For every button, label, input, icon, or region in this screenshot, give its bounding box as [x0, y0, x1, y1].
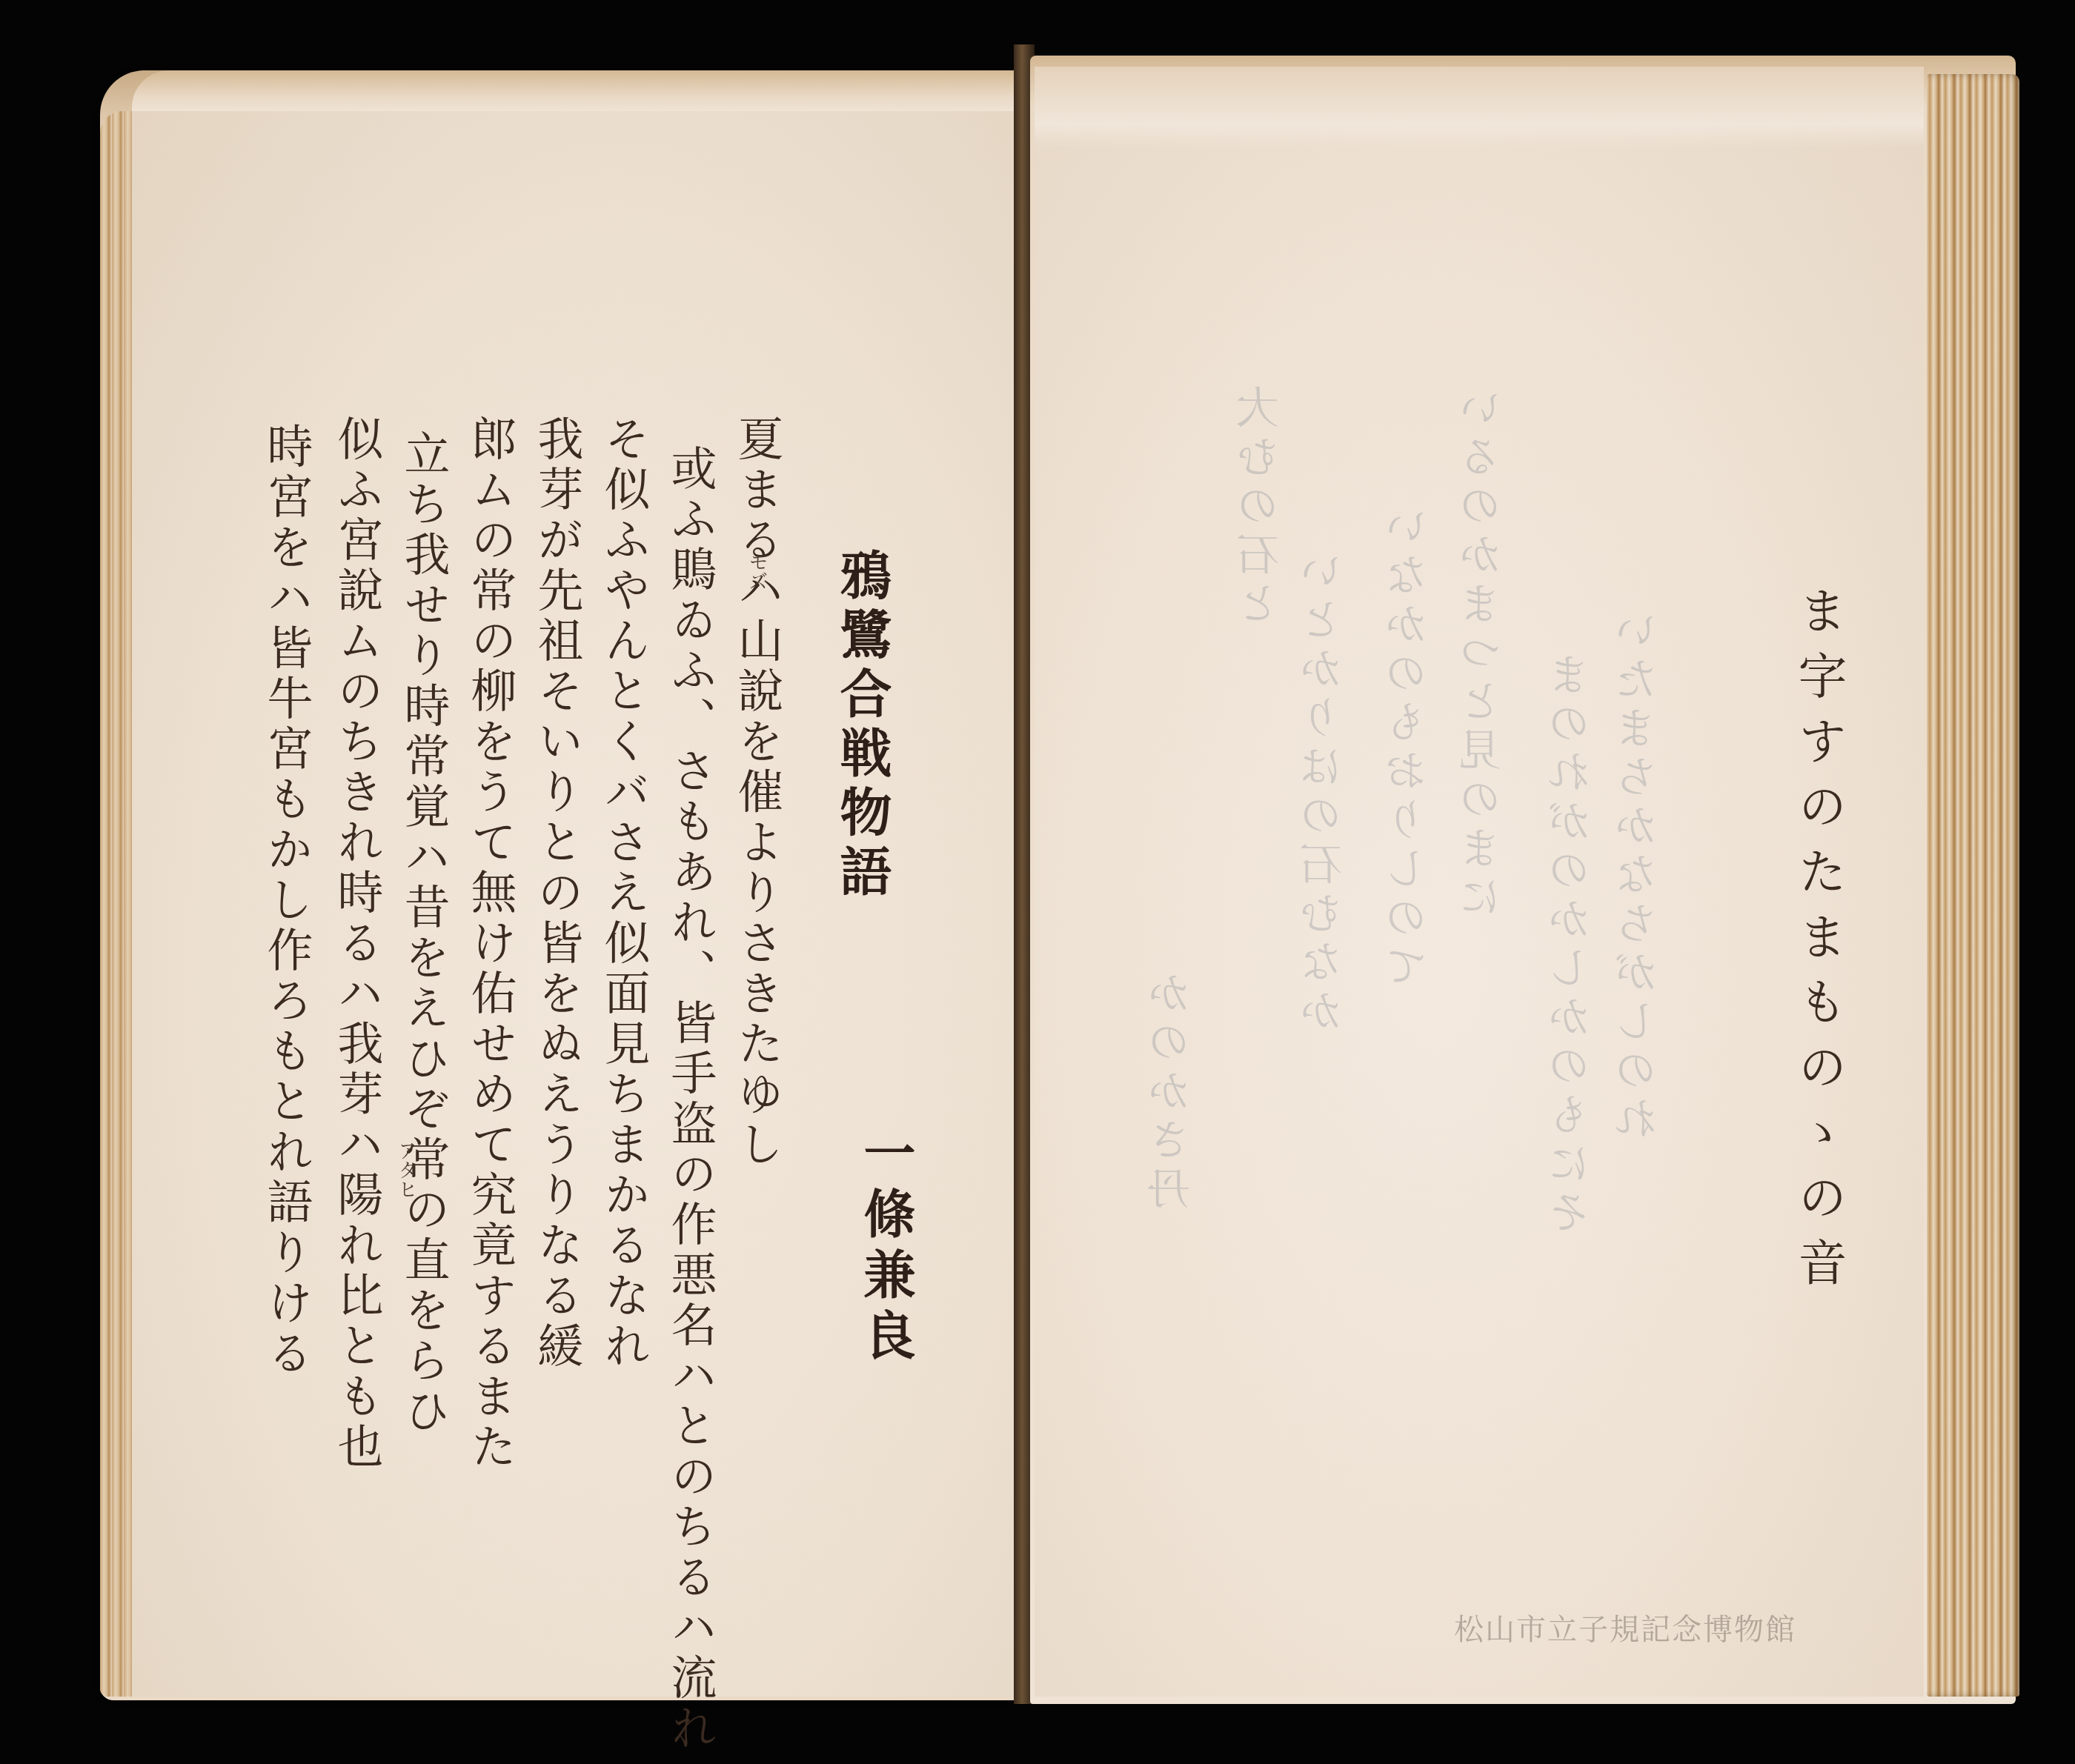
right-page-edges	[1927, 74, 2019, 1697]
manuscript-title: 鴉鷺合戦物語	[836, 548, 888, 904]
left-page-top-edge	[132, 70, 1017, 111]
right-page-ink-column: ま字すのたまものゝの音	[1793, 585, 1842, 1302]
showthrough-column-2: まのれがのかしかのもにそ	[1541, 652, 1604, 1239]
furigana-mozu: モズ	[743, 552, 771, 590]
manuscript-author: 一條兼良	[860, 1126, 912, 1369]
text-column-4: 我芽が先祖そいりとの皆をぬえうりなる緩	[534, 415, 580, 1372]
text-column-8: 時宮をハ皆牛宮もかし作ろもとれ語りける	[263, 422, 309, 1379]
text-column-6: 立ち我せり時常覚ハ昔をえひぞ常の直をらひ	[400, 430, 446, 1437]
text-column-1: 夏まるハ山說を催よりさきたゆし	[734, 415, 780, 1171]
showthrough-column-5: いとかりはの石むなか	[1293, 548, 1355, 1037]
text-column-2: 或ふ鵙ゐふ、さもあれ、皆手盗の作悪名ハとのちるハ流れ	[667, 445, 713, 1754]
right-page-top-edge	[1035, 67, 1924, 148]
showthrough-column-3: いるのかまつと見のまに	[1452, 385, 1515, 923]
open-book: 鴉鷺合戦物語 一條兼良 夏まるハ山說を催よりさきたゆし 或ふ鵙ゐふ、さもあれ、皆…	[0, 0, 2075, 1764]
text-column-3: そ似ふやんとくバさえ似面見ちまかるなれ	[600, 415, 646, 1372]
furigana-atahi: アタヒ	[393, 1141, 420, 1199]
museum-watermark: 松山市立子規記念博物館	[1454, 1606, 1796, 1648]
showthrough-column-4: いなかのもおりしのて	[1378, 504, 1441, 993]
text-column-5: 郎ムの常の柳をうて無け佑せめて究竟するまた	[467, 415, 513, 1473]
text-column-7: 似ふ宮說ムのちきれ時るハ我芽ハ陽れ比とも也	[333, 415, 379, 1473]
showthrough-column-6: 大むの石と	[1230, 385, 1292, 630]
showthrough-column-1: いたまちかなちがしのれ	[1608, 608, 1670, 1145]
showthrough-column-7: かのかさ丹	[1141, 971, 1203, 1215]
